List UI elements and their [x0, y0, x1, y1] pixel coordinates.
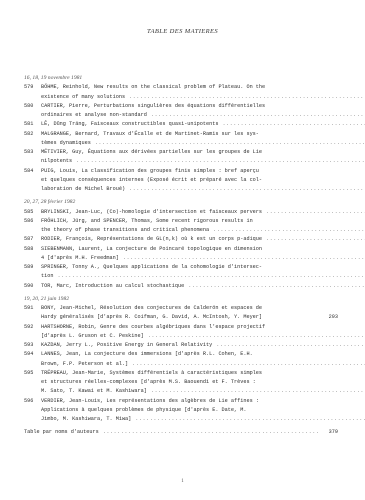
dot-leader [129, 185, 365, 194]
entry-line: et quelques conséquences internes (Expos… [41, 176, 365, 185]
entry-text: M. Sato, T. Kawai et M. Kashiwara] [41, 387, 147, 396]
expose-number: 579 [24, 83, 41, 102]
dot-leader [129, 93, 365, 102]
entry-text: SIEBENMANN, Laurent, La conjecture de Po… [41, 245, 262, 254]
entry-body: RODIER, François, Représentations de GL(… [41, 235, 365, 244]
expose-number: 591 [24, 304, 41, 323]
table-of-contents: 16, 18, 19 novembre 1981579BÖHME, Reinho… [24, 74, 338, 438]
toc-entry[interactable]: 580CARTIER, Pierre, Perturbations singul… [24, 102, 338, 121]
entry-text: MÉTIVIER, Guy, Équations aux dérivées pa… [41, 148, 262, 157]
entry-line: SPRINGER, Tonny A., Quelques application… [41, 263, 365, 272]
entry-body: BONY, Jean-Michel, Résolution des conjec… [41, 304, 338, 323]
entry-line: existence of many solutions1 [41, 93, 365, 102]
entry-text: CARTIER, Pierre, Perturbations singulièr… [41, 102, 265, 111]
entry-line: laboration de Michel Broué)101 [41, 185, 365, 194]
toc-entry[interactable]: 593KAZDAN, Jerry L., Positive Energy in … [24, 341, 338, 350]
entry-body: KAZDAN, Jerry L., Positive Energy in Gen… [41, 341, 365, 350]
author-index-entry[interactable]: Table par noms d'auteurs379 [24, 428, 338, 437]
dot-leader [222, 120, 365, 129]
entry-body: BÖHME, Reinhold, New results on the clas… [41, 83, 365, 102]
entry-text: Jimbo, M. Kashiwara, T. Miwa] [41, 415, 131, 424]
expose-number: 589 [24, 263, 41, 282]
dot-leader [148, 332, 365, 341]
toc-entry[interactable]: 582MALGRANGE, Bernard, Travaux d'Écalle … [24, 130, 338, 149]
expose-number: 587 [24, 235, 41, 244]
entry-line: M. Sato, T. Kawai et M. Kashiwara]347 [41, 387, 365, 396]
entry-line: Hardy généralisés [d'après R. Coifman, G… [41, 313, 338, 322]
entry-body: MALGRANGE, Bernard, Travaux d'Écalle et … [41, 130, 365, 149]
page-ref: 293 [324, 313, 338, 322]
author-index-label: Table par noms d'auteurs [24, 428, 99, 437]
expose-number: 593 [24, 341, 41, 350]
expose-number: 583 [24, 148, 41, 167]
entry-line: TOR, Marc, Introduction au calcul stocha… [41, 282, 365, 291]
dot-leader [188, 282, 365, 291]
entry-body: SIEBENMANN, Laurent, La conjecture de Po… [41, 245, 365, 264]
entry-line: ordinaires et analyse non-standard21 [41, 111, 365, 120]
entry-text: et quelques conséquences internes (Expos… [41, 176, 262, 185]
session-date: 20, 27, 28 février 1982 [24, 198, 338, 207]
toc-entry[interactable]: 583MÉTIVIER, Guy, Équations aux dérivées… [24, 148, 338, 167]
entry-line: tèmes dynamiques59 [41, 139, 365, 148]
expose-number: 580 [24, 102, 41, 121]
dot-leader [266, 208, 365, 217]
dot-leader [95, 139, 365, 148]
entry-line: VERDIER, Jean-Louis, Les représentations… [41, 397, 365, 406]
dot-leader [213, 226, 365, 235]
entry-text: existence of many solutions [41, 93, 125, 102]
expose-number: 590 [24, 282, 41, 291]
entry-text: et structures réelles-complexes [d'après… [41, 378, 256, 387]
entry-line: Brown, F.P. Peterson et al.]331 [41, 360, 365, 369]
entry-text: 4 [d'après M.H. Freedman] [41, 254, 119, 263]
entry-line: BÖHME, Reinhold, New results on the clas… [41, 83, 365, 92]
expose-number: 586 [24, 217, 41, 236]
entry-line: Applications à quelques problèmes de phy… [41, 406, 365, 415]
entry-line: MALGRANGE, Bernard, Travaux d'Écalle et … [41, 130, 365, 139]
entry-text: tèmes dynamiques [41, 139, 91, 148]
entry-line: LANNES, Jean, La conjecture des immersio… [41, 350, 365, 359]
entry-text: tion [41, 272, 53, 281]
entry-text: HARTSHORNE, Robin, Genre des courbes alg… [41, 323, 265, 332]
entry-text: MALGRANGE, Bernard, Travaux d'Écalle et … [41, 130, 259, 139]
expose-number: 582 [24, 130, 41, 149]
entry-line: PUIG, Louis, La classification des group… [41, 167, 365, 176]
entry-text: TRÉPREAU, Jean-Marie, Systèmes différent… [41, 369, 262, 378]
entry-text: ordinaires et analyse non-standard [41, 111, 147, 120]
expose-number: 581 [24, 120, 41, 129]
dot-leader [151, 387, 365, 396]
entry-text: FRÖHLICH, Jürg, and SPENCER, Thomas, Som… [41, 217, 253, 226]
entry-text: laboration de Michel Broué) [41, 185, 125, 194]
dot-leader [132, 360, 365, 369]
toc-entry[interactable]: 594LANNES, Jean, La conjecture des immer… [24, 350, 338, 369]
toc-entry[interactable]: 592HARTSHORNE, Robin, Genre des courbes … [24, 323, 338, 342]
page-number: 1 [0, 479, 365, 484]
toc-entry[interactable]: 596VERDIER, Jean-Louis, Les représentati… [24, 397, 338, 425]
dot-leader [151, 111, 365, 120]
dot-leader [123, 254, 365, 263]
entry-text: LANNES, Jean, La conjecture des immersio… [41, 350, 253, 359]
toc-entry[interactable]: 579BÖHME, Reinhold, New results on the c… [24, 83, 338, 102]
entry-line: BRYLINSKI, Jean-Luc, (Co)-homologie d'in… [41, 208, 365, 217]
entry-body: PUIG, Louis, La classification des group… [41, 167, 365, 195]
dot-leader [216, 341, 365, 350]
toc-entry[interactable]: 595TRÉPREAU, Jean-Marie, Systèmes différ… [24, 369, 338, 397]
entry-line: Jimbo, M. Kashiwara, T. Miwa]365 [41, 415, 365, 424]
entry-text: PUIG, Louis, La classification des group… [41, 167, 259, 176]
entry-line: MÉTIVIER, Guy, Équations aux dérivées pa… [41, 148, 365, 157]
entry-body: FRÖHLICH, Jürg, and SPENCER, Thomas, Som… [41, 217, 365, 236]
entry-line: CARTIER, Pierre, Perturbations singulièr… [41, 102, 365, 111]
entry-body: SPRINGER, Tonny A., Quelques application… [41, 263, 365, 282]
entry-body: BRYLINSKI, Jean-Luc, (Co)-homologie d'in… [41, 208, 365, 217]
spacer [262, 313, 324, 322]
entry-line: SIEBENMANN, Laurent, La conjecture de Po… [41, 245, 365, 254]
entry-line: nilpotents75 [41, 157, 365, 166]
page-ref: 379 [324, 428, 338, 437]
expose-number: 584 [24, 167, 41, 195]
toc-entry[interactable]: 588SIEBENMANN, Laurent, La conjecture de… [24, 245, 338, 264]
expose-number: 588 [24, 245, 41, 264]
entry-line: BONY, Jean-Michel, Résolution des conjec… [41, 304, 338, 313]
entry-line: et structures réelles-complexes [d'après… [41, 378, 365, 387]
entry-text: BONY, Jean-Michel, Résolution des conjec… [41, 304, 262, 313]
entry-text: RODIER, François, Représentations de GL(… [41, 235, 262, 244]
entry-text: the theory of phase transitions and crit… [41, 226, 209, 235]
dot-leader [103, 428, 320, 437]
entry-body: TOR, Marc, Introduction au calcul stocha… [41, 282, 365, 291]
entry-text: [d'après L. Gruson et C. Peskine] [41, 332, 144, 341]
session-date: 19, 20, 21 juin 1982 [24, 295, 338, 304]
toc-entry[interactable]: 591BONY, Jean-Michel, Résolution des con… [24, 304, 338, 323]
dot-leader [266, 235, 365, 244]
entry-text: TOR, Marc, Introduction au calcul stocha… [41, 282, 184, 291]
entry-line: RODIER, François, Représentations de GL(… [41, 235, 365, 244]
expose-number: 592 [24, 323, 41, 342]
entry-line: the theory of phase transitions and crit… [41, 226, 365, 235]
entry-body: MÉTIVIER, Guy, Équations aux dérivées pa… [41, 148, 365, 167]
toc-entry[interactable]: 581LÊ, Dũng Tráng, Faisceaux constructib… [24, 120, 338, 129]
expose-number: 595 [24, 369, 41, 397]
session-date: 16, 18, 19 novembre 1981 [24, 74, 338, 83]
expose-number: 594 [24, 350, 41, 369]
entry-text: Hardy généralisés [d'après R. Coifman, G… [41, 313, 262, 322]
toc-entry[interactable]: 584PUIG, Louis, La classification des gr… [24, 167, 338, 195]
entry-text: VERDIER, Jean-Louis, Les représentations… [41, 397, 259, 406]
entry-line: 4 [d'après M.H. Freedman]219 [41, 254, 365, 263]
toc-entry[interactable]: 590TOR, Marc, Introduction au calcul sto… [24, 282, 338, 291]
toc-entry[interactable]: 587RODIER, François, Représentations de … [24, 235, 338, 244]
expose-number: 585 [24, 208, 41, 217]
toc-entry[interactable]: 589SPRINGER, Tonny A., Quelques applicat… [24, 263, 338, 282]
entry-line: KAZDAN, Jerry L., Positive Energy in Gen… [41, 341, 365, 350]
entry-body: LÊ, Dũng Tráng, Faisceaux constructibles… [41, 120, 365, 129]
entry-body: LANNES, Jean, La conjecture des immersio… [41, 350, 365, 369]
dot-leader [135, 415, 365, 424]
entry-line: LÊ, Dũng Tráng, Faisceaux constructibles… [41, 120, 365, 129]
entry-body: TRÉPREAU, Jean-Marie, Systèmes différent… [41, 369, 365, 397]
dot-leader [76, 157, 365, 166]
entry-text: Applications à quelques problèmes de phy… [41, 406, 246, 415]
entry-body: HARTSHORNE, Robin, Genre des courbes alg… [41, 323, 365, 342]
toc-entry[interactable]: 586FRÖHLICH, Jürg, and SPENCER, Thomas, … [24, 217, 338, 236]
entry-text: nilpotents [41, 157, 72, 166]
entry-text: BÖHME, Reinhold, New results on the clas… [41, 83, 265, 92]
entry-text: SPRINGER, Tonny A., Quelques application… [41, 263, 262, 272]
entry-line: [d'après L. Gruson et C. Peskine]301 [41, 332, 365, 341]
entry-text: LÊ, Dũng Tráng, Faisceaux constructibles… [41, 120, 218, 129]
entry-line: TRÉPREAU, Jean-Marie, Systèmes différent… [41, 369, 365, 378]
entry-body: CARTIER, Pierre, Perturbations singulièr… [41, 102, 365, 121]
entry-text: BRYLINSKI, Jean-Luc, (Co)-homologie d'in… [41, 208, 262, 217]
entry-line: tion249 [41, 272, 365, 281]
entry-line: HARTSHORNE, Robin, Genre des courbes alg… [41, 323, 365, 332]
page-title: TABLE DES MATIERES [0, 28, 365, 35]
entry-body: VERDIER, Jean-Louis, Les représentations… [41, 397, 365, 425]
expose-number: 596 [24, 397, 41, 425]
entry-text: Brown, F.P. Peterson et al.] [41, 360, 128, 369]
entry-line: FRÖHLICH, Jürg, and SPENCER, Thomas, Som… [41, 217, 365, 226]
dot-leader [57, 272, 365, 281]
entry-text: KAZDAN, Jerry L., Positive Energy in Gen… [41, 341, 212, 350]
toc-entry[interactable]: 585BRYLINSKI, Jean-Luc, (Co)-homologie d… [24, 208, 338, 217]
